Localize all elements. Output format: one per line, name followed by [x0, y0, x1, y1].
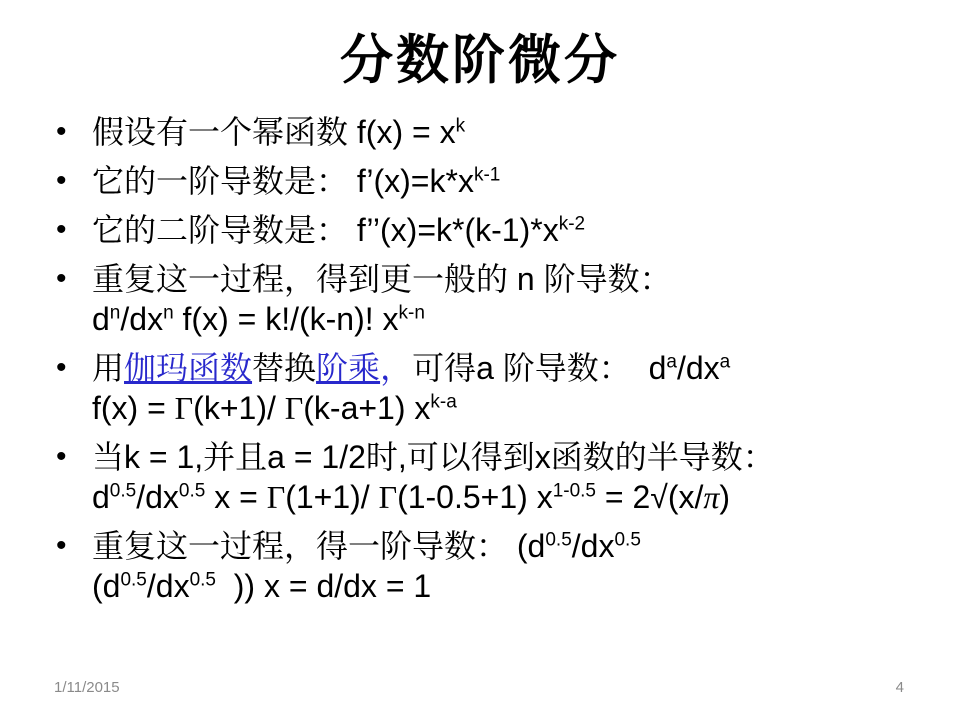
- bullet-text: 当k = 1,并且a = 1/2时,可以得到x函数的半导数：d0.5/dx0.5…: [92, 437, 936, 517]
- text-segment: 0.5: [614, 529, 640, 550]
- bullet-marker: •: [56, 259, 92, 339]
- text-segment: = 2√(x/: [596, 479, 703, 515]
- bullet-item: •当k = 1,并且a = 1/2时,可以得到x函数的半导数：d0.5/dx0.…: [56, 437, 936, 517]
- text-segment: 0.5: [545, 529, 571, 550]
- text-segment: Γ: [285, 390, 304, 426]
- text-segment: Γ: [267, 479, 286, 515]
- text-segment: 替换: [252, 350, 316, 386]
- bullet-line: f(x) = Γ(k+1)/ Γ(k-a+1) xk-a: [92, 388, 936, 428]
- text-segment: 0.5: [179, 480, 205, 501]
- bullet-list: •假设有一个幂函数 f(x) = xk•它的一阶导数是： f’(x)=k*xk-…: [56, 112, 936, 615]
- bullet-line: 它的一阶导数是： f’(x)=k*xk-1: [92, 161, 936, 201]
- text-segment: ，: [380, 350, 412, 386]
- bullet-marker: •: [56, 210, 92, 250]
- bullet-text: 它的一阶导数是： f’(x)=k*xk-1: [92, 161, 936, 201]
- text-segment: 0.5: [120, 569, 146, 590]
- bullet-item: •它的二阶导数是： f’’(x)=k*(k-1)*xk-2: [56, 210, 936, 250]
- text-segment: /dx: [120, 301, 163, 337]
- bullet-text: 重复这一过程，得一阶导数： (d0.5/dx0.5(d0.5/dx0.5 )) …: [92, 526, 936, 606]
- text-segment: π: [703, 479, 719, 515]
- bullet-text: 它的二阶导数是： f’’(x)=k*(k-1)*xk-2: [92, 210, 936, 250]
- bullet-line: 用伽玛函数替换阶乘，可得a 阶导数： da/dxa: [92, 348, 936, 388]
- bullet-text: 假设有一个幂函数 f(x) = xk: [92, 112, 936, 152]
- bullet-line: 重复这一过程，得一阶导数： (d0.5/dx0.5: [92, 526, 936, 566]
- text-segment: 1-0.5: [553, 480, 596, 501]
- text-segment: 可得a 阶导数：: [412, 350, 648, 386]
- text-segment: 重复这一过程，得一阶导数： (d: [92, 528, 545, 564]
- text-segment: a: [720, 351, 731, 372]
- factorial-link[interactable]: 阶乘: [316, 350, 380, 386]
- text-segment: /dx: [136, 479, 179, 515]
- text-segment: f’’(x)=k*(k-1)*x: [357, 212, 559, 248]
- bullet-marker: •: [56, 348, 92, 428]
- text-segment: (1+1)/: [285, 479, 378, 515]
- bullet-line: 当k = 1,并且a = 1/2时,可以得到x函数的半导数：: [92, 437, 936, 477]
- bullet-item: •重复这一过程，得一阶导数： (d0.5/dx0.5(d0.5/dx0.5 ))…: [56, 526, 936, 606]
- bullet-marker: •: [56, 112, 92, 152]
- bullet-line: dn/dxn f(x) = k!/(k-n)! xk-n: [92, 299, 936, 339]
- footer-date: 1/11/2015: [54, 679, 120, 696]
- bullet-text: 重复这一过程，得到更一般的 n 阶导数：dn/dxn f(x) = k!/(k-…: [92, 259, 936, 339]
- text-segment: f(x) = x: [357, 114, 456, 150]
- bullet-line: (d0.5/dx0.5 )) x = d/dx = 1: [92, 566, 936, 606]
- text-segment: d: [92, 479, 110, 515]
- text-segment: k-2: [559, 213, 585, 234]
- bullet-line: 假设有一个幂函数 f(x) = xk: [92, 112, 936, 152]
- text-segment: 0.5: [190, 569, 216, 590]
- text-segment: 重复这一过程，得到更一般的 n 阶导数：: [92, 261, 672, 297]
- text-segment: /dx: [572, 528, 615, 564]
- slide-title: 分数阶微分: [0, 18, 960, 94]
- bullet-marker: •: [56, 437, 92, 517]
- text-segment: x =: [205, 479, 266, 515]
- text-segment: d: [92, 301, 110, 337]
- bullet-marker: •: [56, 161, 92, 201]
- gamma-function-link[interactable]: 伽玛函数: [124, 350, 252, 386]
- text-segment: )) x = d/dx = 1: [216, 568, 431, 604]
- bullet-marker: •: [56, 526, 92, 606]
- text-segment: f’(x)=k*x: [357, 163, 474, 199]
- text-segment: (1-0.5+1) x: [397, 479, 553, 515]
- text-segment: Γ: [379, 479, 398, 515]
- slide: 分数阶微分 •假设有一个幂函数 f(x) = xk•它的一阶导数是： f’(x)…: [0, 0, 960, 720]
- bullet-item: •重复这一过程，得到更一般的 n 阶导数：dn/dxn f(x) = k!/(k…: [56, 259, 936, 339]
- text-segment: a: [666, 351, 677, 372]
- text-segment: n: [110, 302, 121, 323]
- text-segment: k: [456, 115, 466, 136]
- text-segment: /dx: [677, 350, 720, 386]
- text-segment: Γ: [175, 390, 194, 426]
- bullet-line: d0.5/dx0.5 x = Γ(1+1)/ Γ(1-0.5+1) x1-0.5…: [92, 477, 936, 517]
- text-segment: 它的二阶导数是：: [92, 212, 357, 248]
- text-segment: k-n: [399, 302, 425, 323]
- text-segment: n: [163, 302, 174, 323]
- text-segment: 0.5: [110, 480, 136, 501]
- text-segment: 用: [92, 350, 124, 386]
- text-segment: f(x) =: [92, 390, 175, 426]
- bullet-line: 重复这一过程，得到更一般的 n 阶导数：: [92, 259, 936, 299]
- text-segment: /dx: [147, 568, 190, 604]
- text-segment: k-a: [430, 391, 456, 412]
- text-segment: (k+1)/: [193, 390, 285, 426]
- text-segment: ): [719, 479, 730, 515]
- text-segment: d: [649, 350, 667, 386]
- bullet-item: •它的一阶导数是： f’(x)=k*xk-1: [56, 161, 936, 201]
- page-number: 4: [896, 679, 904, 696]
- bullet-line: 它的二阶导数是： f’’(x)=k*(k-1)*xk-2: [92, 210, 936, 250]
- bullet-item: •用伽玛函数替换阶乘，可得a 阶导数： da/dxaf(x) = Γ(k+1)/…: [56, 348, 936, 428]
- text-segment: 它的一阶导数是：: [92, 163, 357, 199]
- text-segment: 当k = 1,并且a = 1/2时,可以得到x函数的半导数：: [92, 439, 775, 475]
- bullet-text: 用伽玛函数替换阶乘，可得a 阶导数： da/dxaf(x) = Γ(k+1)/ …: [92, 348, 936, 428]
- text-segment: k-1: [474, 164, 500, 185]
- text-segment: (k-a+1) x: [303, 390, 430, 426]
- text-segment: 假设有一个幂函数: [92, 114, 357, 150]
- text-segment: f(x) = k!/(k-n)! x: [174, 301, 399, 337]
- bullet-item: •假设有一个幂函数 f(x) = xk: [56, 112, 936, 152]
- text-segment: (d: [92, 568, 120, 604]
